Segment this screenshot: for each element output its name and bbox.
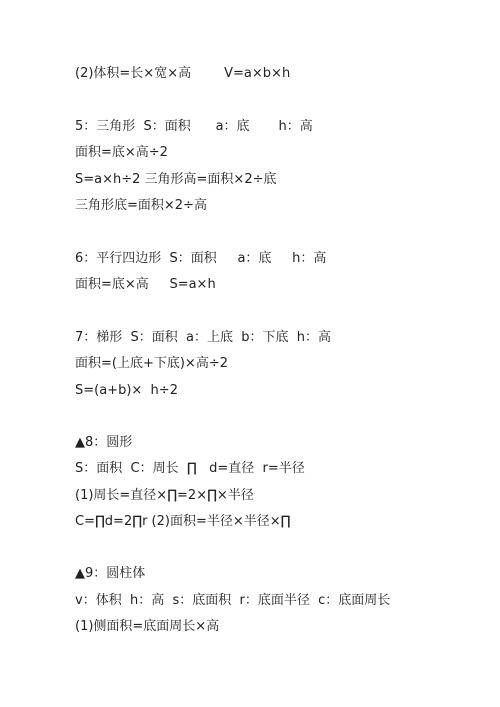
cuboid-volume-formula: (2)体积=长×宽×高 V=a×b×h xyxy=(75,66,290,82)
circle-heading: ▲8：圆形 xyxy=(75,435,132,451)
triangle-area-formula: 面积=底×高÷2 xyxy=(75,145,168,161)
parallelogram-heading: 6：平行四边形 S：面积 a：底 h：高 xyxy=(75,251,326,267)
trapezoid-area-symbolic: S=(a+b)× h÷2 xyxy=(75,383,178,399)
cylinder-heading: ▲9：圆柱体 xyxy=(75,566,145,582)
triangle-heading: 5：三角形 S：面积 a：底 h：高 xyxy=(75,119,313,135)
trapezoid-heading: 7：梯形 S：面积 a：上底 b：下底 h：高 xyxy=(75,330,331,346)
cylinder-lateral-area-formula: (1)侧面积=底面周长×高 xyxy=(75,619,219,635)
trapezoid-area-formula: 面积=(上底+下底)×高÷2 xyxy=(75,356,228,372)
triangle-height-formula: S=a×h÷2 三角形高=面积×2÷底 xyxy=(75,172,277,188)
cylinder-variables: v：体积 h：高 s：底面积 r：底面半径 c：底面周长 xyxy=(75,593,390,609)
circle-variables: S：面积 C：周长 ∏ d=直径 r=半径 xyxy=(75,461,305,477)
circle-circumference-formula: (1)周长=直径×∏=2×∏×半径 xyxy=(75,488,254,504)
parallelogram-area-formula: 面积=底×高 S=a×h xyxy=(75,277,216,293)
triangle-base-formula: 三角形底=面积×2÷高 xyxy=(75,198,207,214)
circle-area-formula: C=∏d=2∏r (2)面积=半径×半径×∏ xyxy=(75,514,290,530)
